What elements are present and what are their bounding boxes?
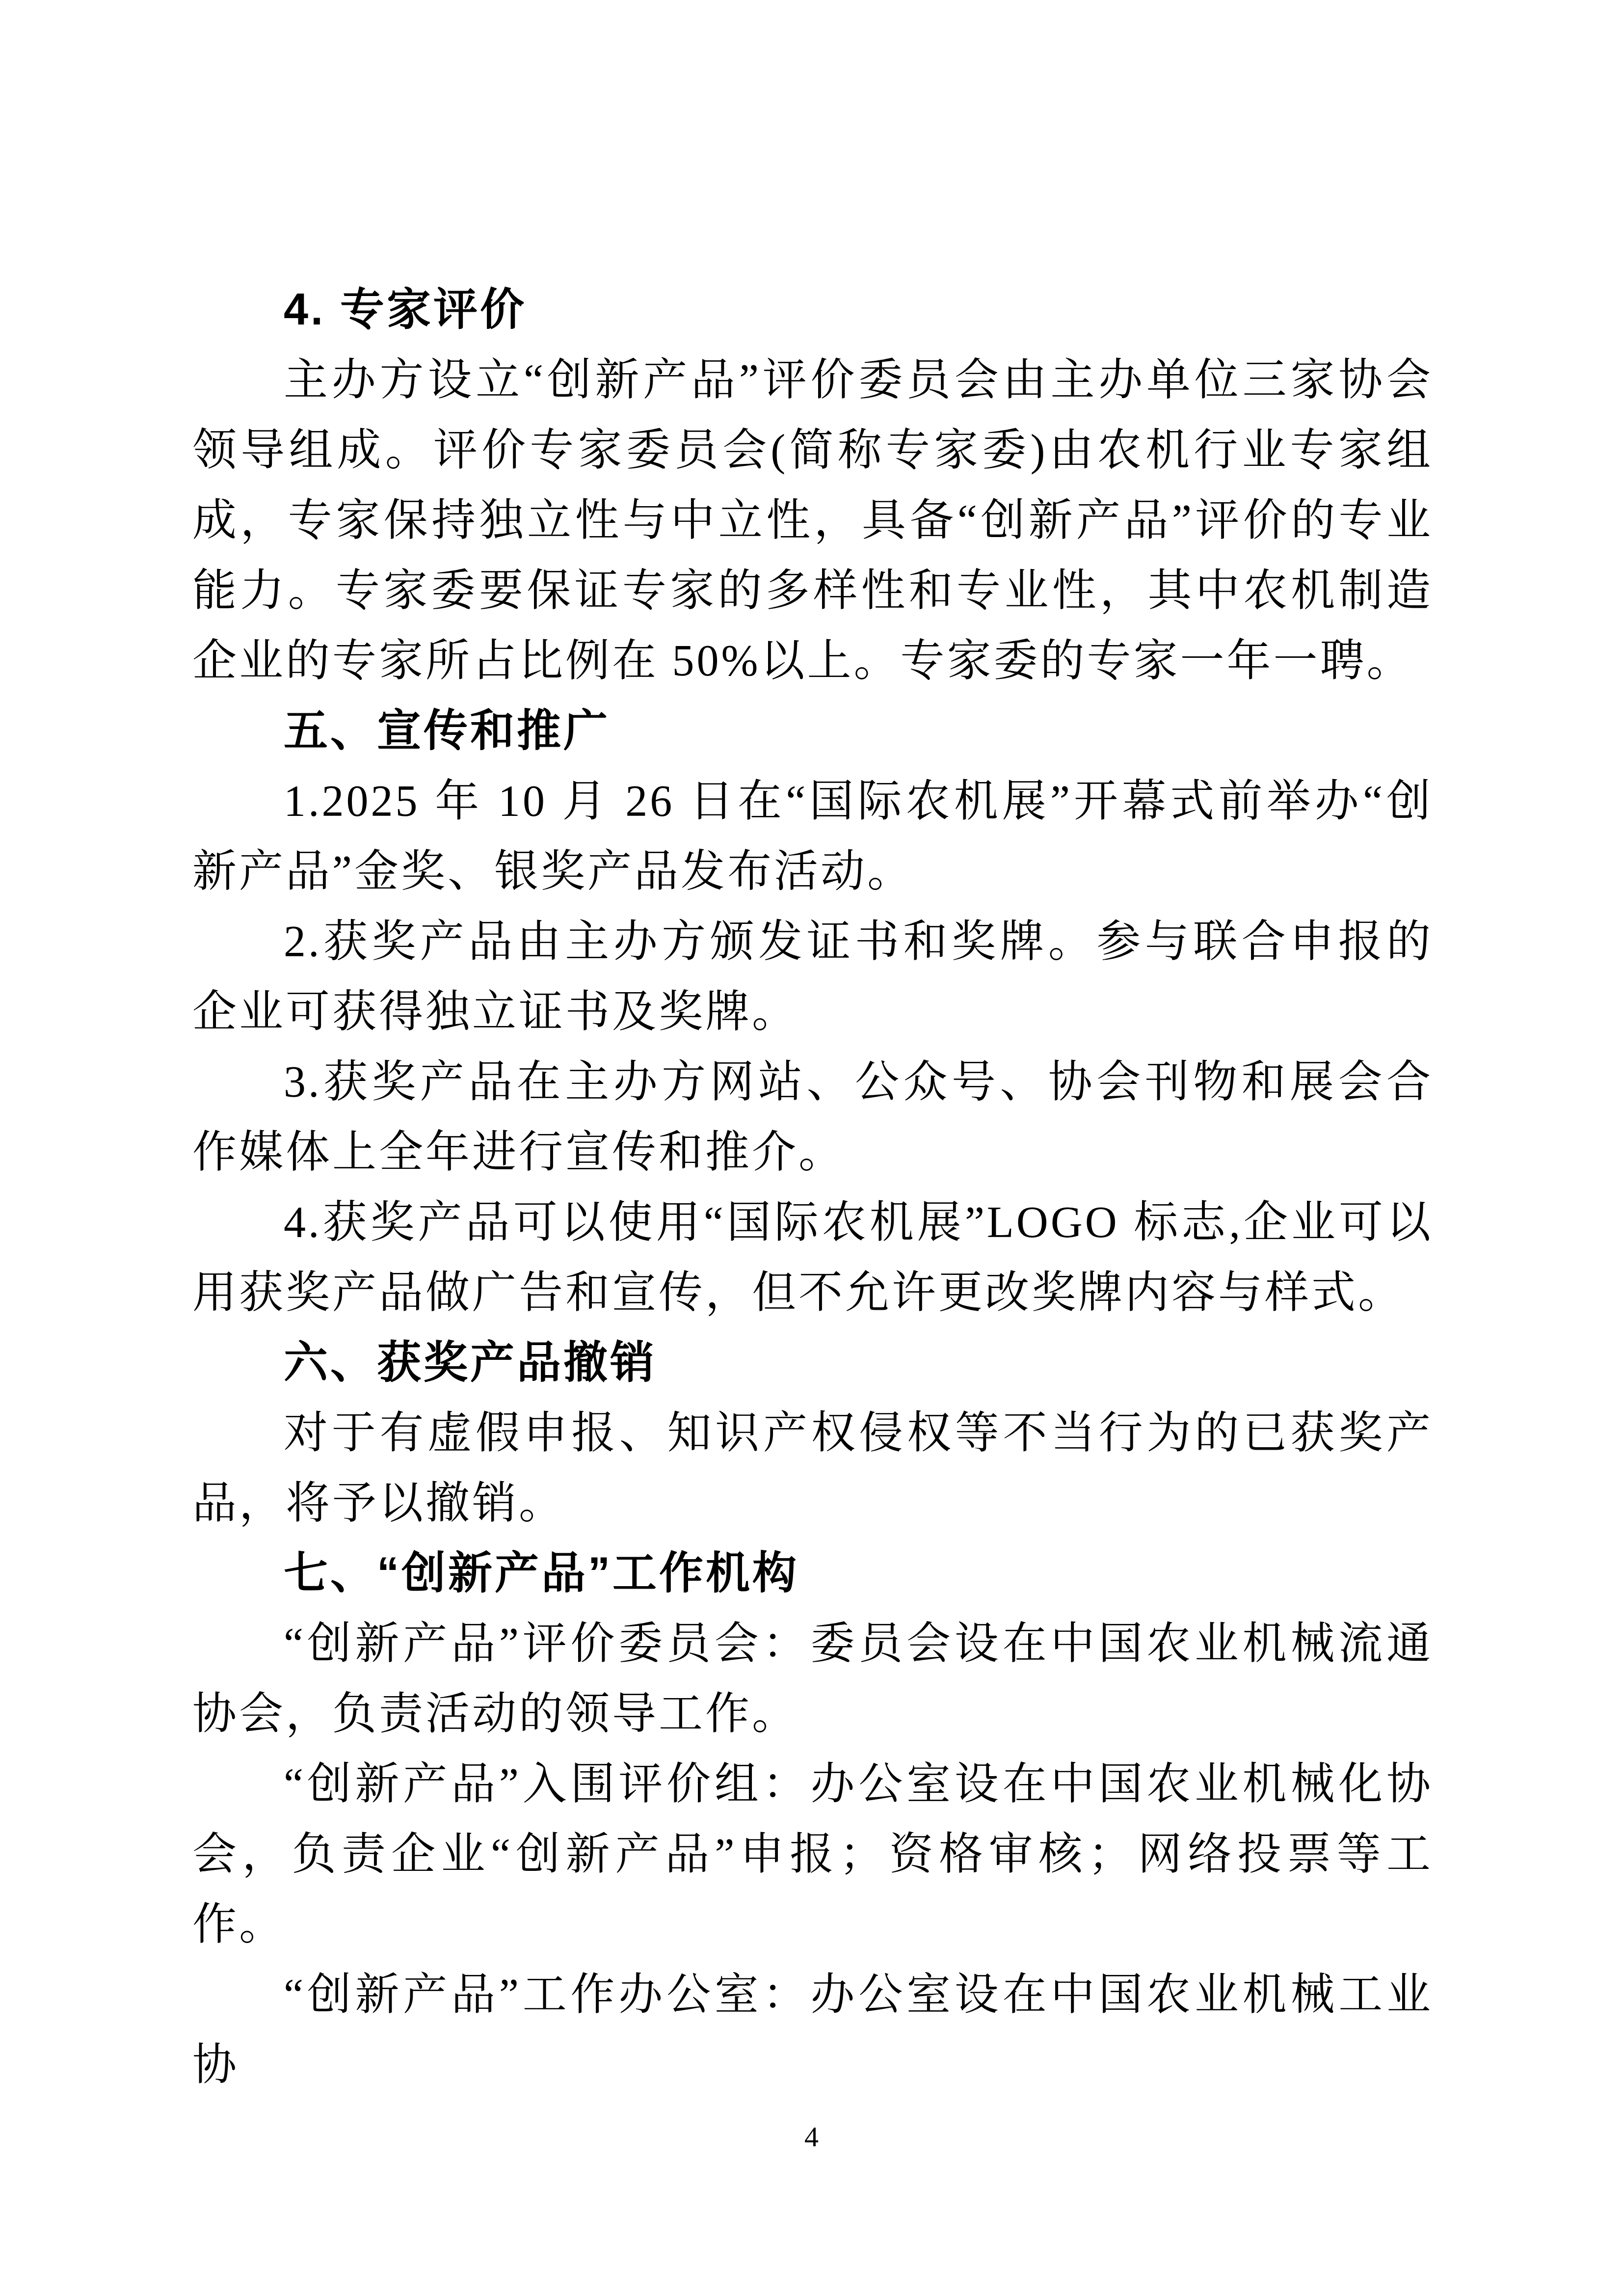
body-paragraph: “创新产品”工作办公室：办公室设在中国农业机械工业协: [192, 1960, 1433, 2100]
body-paragraph: 对于有虚假申报、知识产权侵权等不当行为的已获奖产品，将予以撤销。: [192, 1398, 1433, 1539]
section-heading: 七、“创新产品”工作机构: [192, 1539, 1433, 1609]
body-paragraph: 2.获奖产品由主办方颁发证书和奖牌。参与联合申报的企业可获得独立证书及奖牌。: [192, 907, 1433, 1047]
body-paragraph: “创新产品”入围评价组：办公室设在中国农业机械化协会，负责企业“创新产品”申报；…: [192, 1749, 1433, 1960]
body-paragraph: 1.2025 年 10 月 26 日在“国际农机展”开幕式前举办“创新产品”金奖…: [192, 766, 1433, 907]
body-paragraph: 主办方设立“创新产品”评价委员会由主办单位三家协会领导组成。评价专家委员会(简称…: [192, 345, 1433, 696]
section-heading: 六、获奖产品撤销: [192, 1328, 1433, 1398]
document-page: 4. 专家评价主办方设立“创新产品”评价委员会由主办单位三家协会领导组成。评价专…: [0, 0, 1623, 2296]
document-body: 4. 专家评价主办方设立“创新产品”评价委员会由主办单位三家协会领导组成。评价专…: [192, 275, 1433, 2100]
body-paragraph: “创新产品”评价委员会：委员会设在中国农业机械流通协会，负责活动的领导工作。: [192, 1609, 1433, 1749]
section-heading: 4. 专家评价: [192, 275, 1433, 345]
body-paragraph: 4.获奖产品可以使用“国际农机展”LOGO 标志,企业可以用获奖产品做广告和宣传…: [192, 1188, 1433, 1328]
page-number: 4: [0, 2120, 1623, 2154]
section-heading: 五、宣传和推广: [192, 696, 1433, 766]
body-paragraph: 3.获奖产品在主办方网站、公众号、协会刊物和展会合作媒体上全年进行宣传和推介。: [192, 1047, 1433, 1188]
